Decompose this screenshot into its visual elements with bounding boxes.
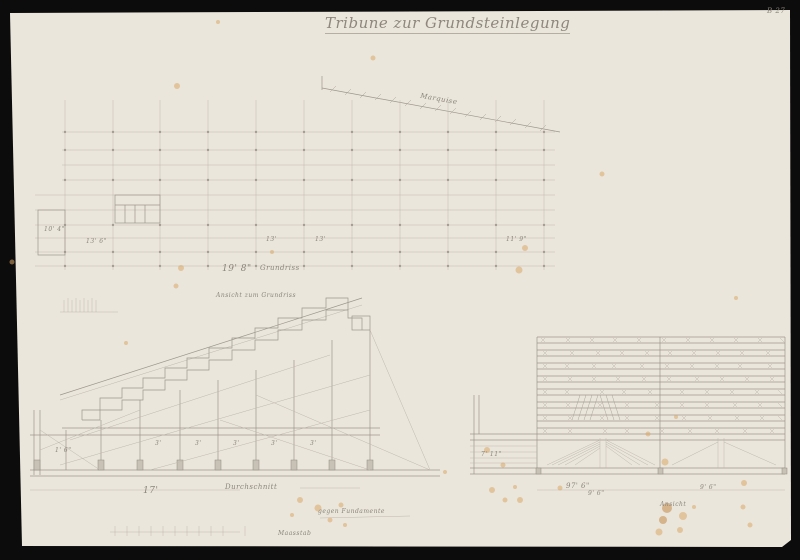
plan-bay-dimension-3: 13' [315, 236, 326, 243]
elevation-dimension-1: 97' 6" [566, 482, 590, 490]
section-bay-dimension-3: 3' [195, 440, 201, 447]
plan-bay-dimension-1: 13' 6" [86, 238, 107, 245]
section-bay-dimension-4: 3' [233, 440, 239, 447]
plan-side-dimension: 10' 4" [44, 226, 65, 233]
elevation-dimension-3: 9' 6" [700, 484, 716, 491]
overall-plan-dimension: 19' 8" [222, 264, 252, 274]
plan-bay-dimension-2: 13' [266, 236, 277, 243]
section-bay-dimension-6: 3' [310, 440, 316, 447]
document-title: Tribune zur Grundsteinlegung [325, 14, 570, 34]
scale-bar-label: Maasstab [278, 530, 311, 537]
elevation-dimension-2: 9' 6" [588, 490, 604, 497]
plan-bay-dimension-4: 11' 9" [506, 236, 527, 243]
section-label: Durchschnitt [225, 483, 277, 491]
section-hint-label: Ansicht zum Grundriss [216, 292, 296, 299]
drawing-sheet [0, 0, 800, 560]
section-note: gegen Fundamente [318, 508, 385, 515]
section-bay-dimension-2: 3' [155, 440, 161, 447]
ground-plan-label: Grundriss [260, 264, 300, 272]
elevation-label: Ansicht [660, 501, 686, 508]
section-bay-dimension-1: 1' 6" [55, 447, 71, 454]
sheet-number: B 27 [767, 7, 785, 15]
section-overall-dimension: 17' [143, 486, 158, 496]
section-bay-dimension-5: 3' [271, 440, 277, 447]
paper [10, 10, 791, 547]
elevation-side-dimension: 7' 11" [481, 451, 502, 458]
